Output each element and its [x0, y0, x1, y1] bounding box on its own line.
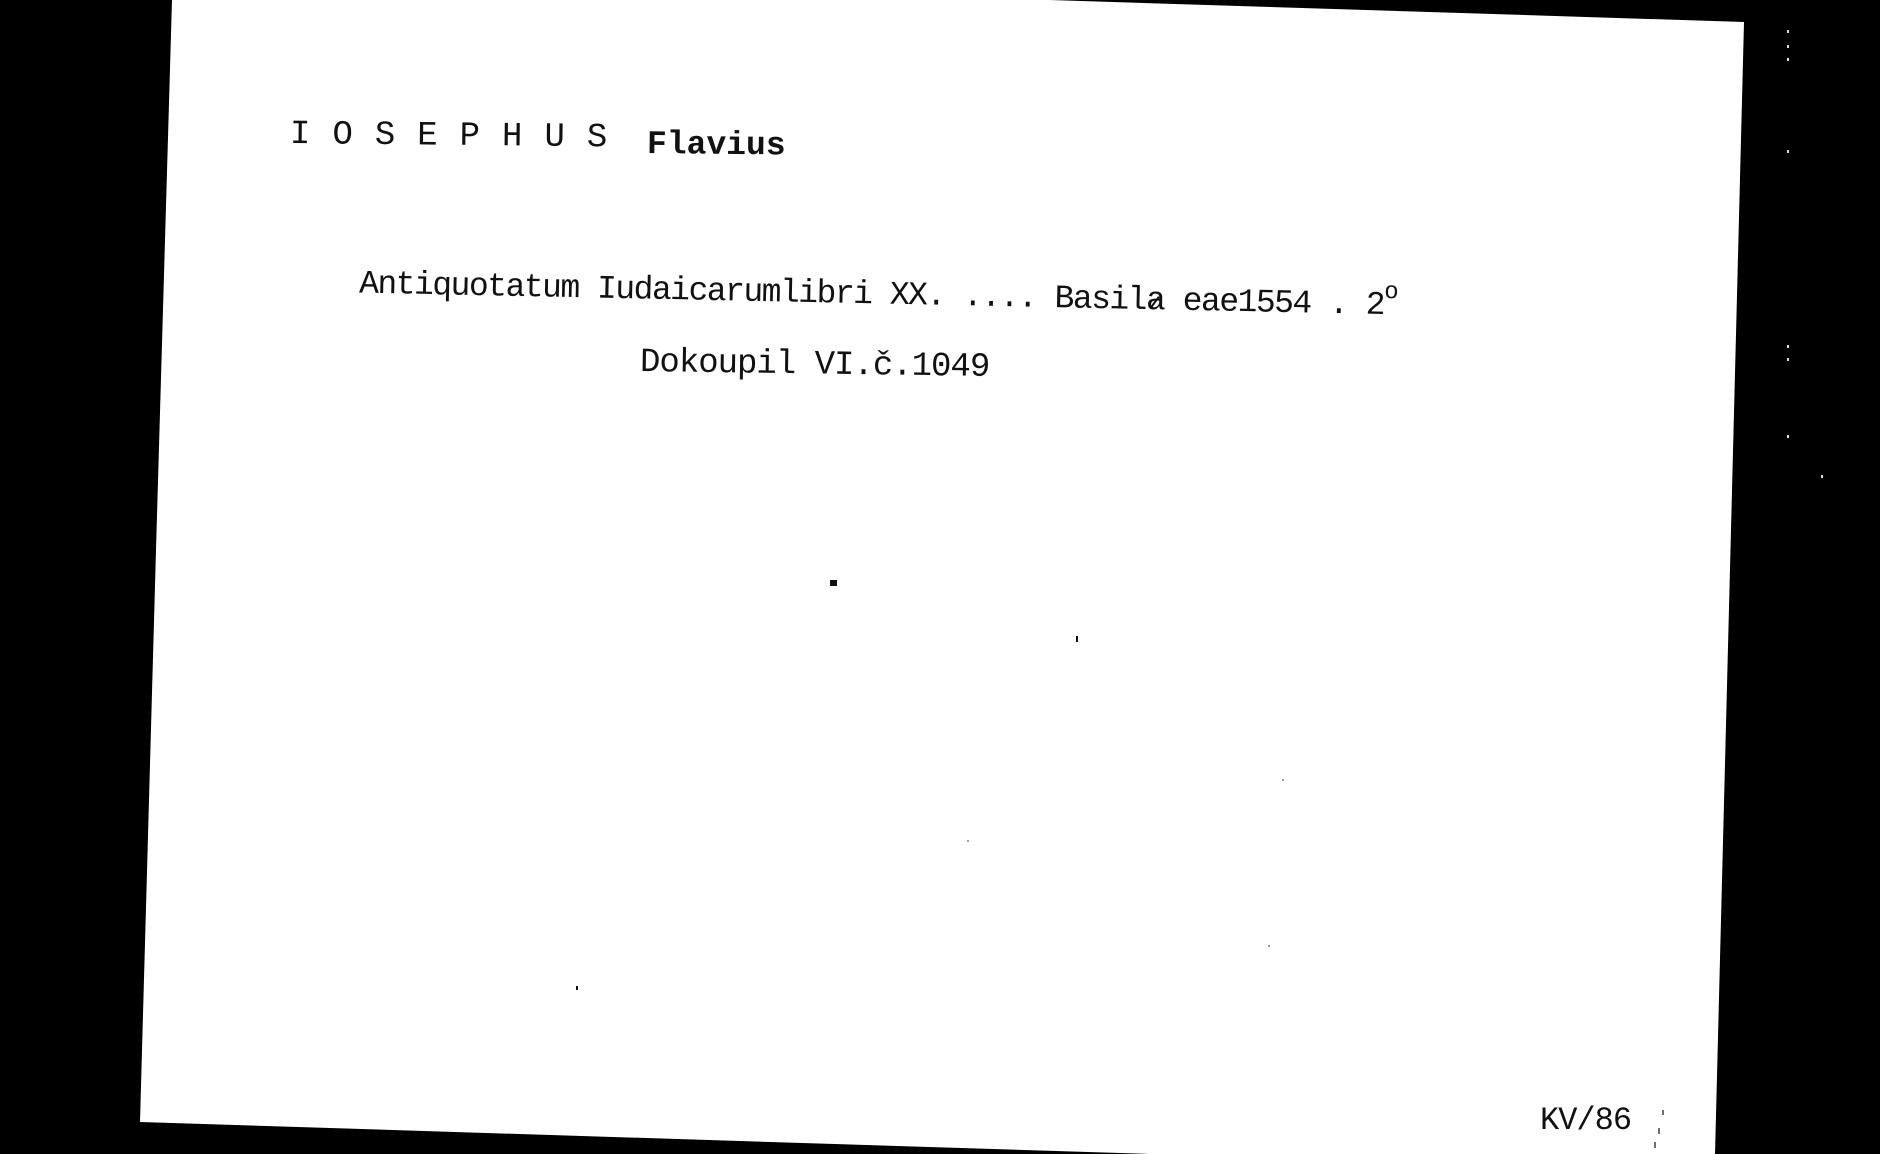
- scan-artifact: [1787, 435, 1789, 438]
- scan-artifact: [1787, 30, 1789, 33]
- separator-text: .: [1329, 286, 1348, 323]
- place-prefix: Basil: [1054, 280, 1146, 319]
- ink-speck: [1076, 636, 1078, 642]
- title-text: Antiquotatum Iudaicarum: [359, 266, 781, 312]
- ink-speck: [967, 840, 969, 842]
- ink-speck: [1282, 779, 1284, 781]
- format-number: 2: [1365, 287, 1384, 324]
- scan-artifact: [1787, 58, 1789, 61]
- format-degree: o: [1384, 279, 1397, 306]
- scan-artifact: [1787, 358, 1789, 361]
- part-text: libri XX.: [780, 274, 945, 314]
- scan-artifact: [1787, 345, 1789, 348]
- overtyped-text: ea: [1182, 283, 1219, 321]
- ink-speck: [1268, 945, 1270, 947]
- ink-speck: [830, 580, 837, 586]
- ink-speck: [1654, 1142, 1656, 1148]
- ink-speck: [576, 986, 578, 990]
- author-surname: IOSEPHUS: [290, 118, 630, 156]
- scan-artifact: [1787, 150, 1789, 153]
- struck-out-letter: a: [1146, 282, 1165, 319]
- catalog-card: IOSEPHUS Flavius Antiquotatum Iudaicarum…: [0, 0, 1880, 1154]
- place-suffix: e: [1219, 284, 1238, 321]
- scan-artifact: [1787, 45, 1789, 48]
- bibliographic-reference: Dokoupil VI.č.1049: [640, 346, 990, 385]
- title-line: Antiquotatum Iudaicarumlibri XX. .... Ba…: [285, 225, 1398, 355]
- scan-artifact: [1821, 475, 1823, 478]
- shelfmark: KV/86: [1540, 1105, 1631, 1137]
- ellipsis-text: ....: [963, 278, 1037, 317]
- year-text: 1554: [1237, 284, 1311, 323]
- ink-speck: [1658, 1128, 1660, 1134]
- overtyped-letters: ea: [1182, 283, 1219, 321]
- ink-speck: [1662, 1110, 1664, 1115]
- author-forename: Flavius: [647, 128, 786, 162]
